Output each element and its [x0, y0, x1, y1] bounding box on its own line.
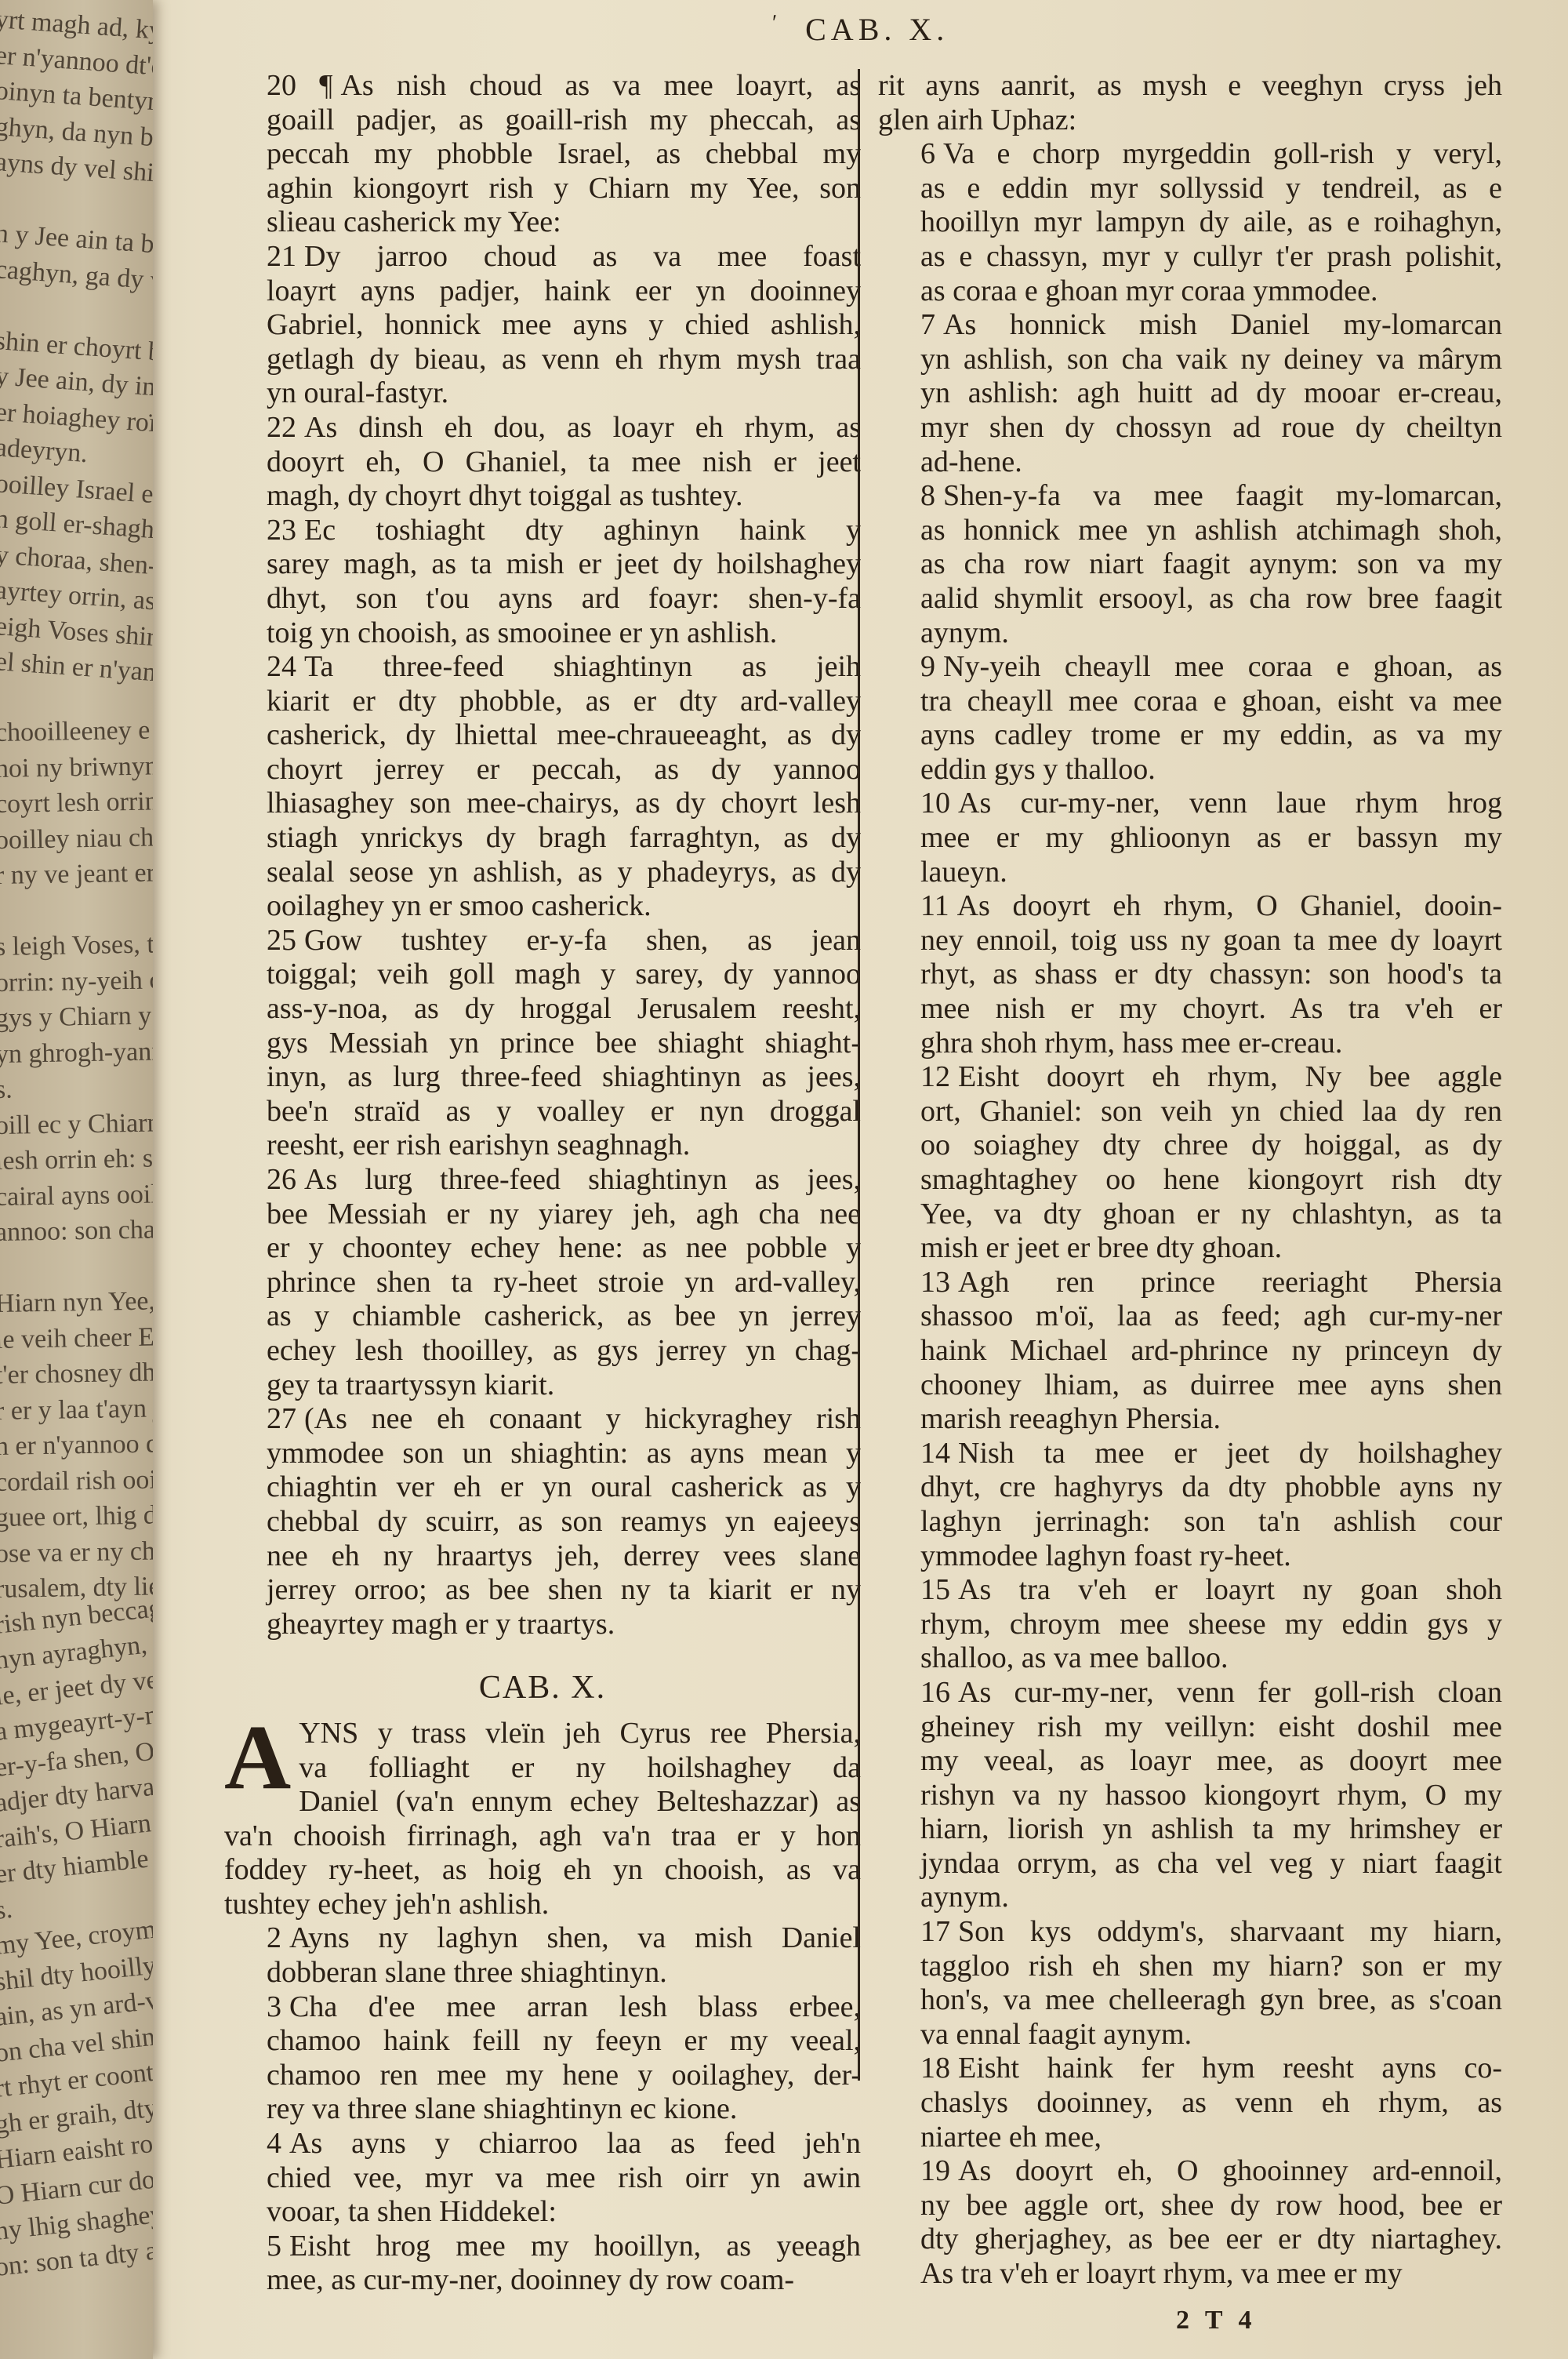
verse-number: 22 — [267, 411, 296, 444]
right-column: rit ayns aanrit, as mysh e veeghyn cryss… — [878, 69, 1502, 2292]
text-line: tra cheayll mee coraa e ghoan, eisht va … — [878, 685, 1502, 719]
verse: 4As ayns y chiarroo laa as feed jeh'nchi… — [224, 2127, 861, 2230]
facing-page-line: guee ort, lhig da dty — [0, 1499, 153, 1533]
line-text: gys Messiah yn prince bee shiaght shiagh… — [267, 1027, 861, 1060]
text-line: 18Eisht haink fer hym reesht ayns co- — [878, 2052, 1502, 2086]
verse-number: 10 — [920, 787, 950, 820]
line-text: shassoo m'oï, laa as feed; agh cur-my-ne… — [920, 1299, 1502, 1332]
line-text: dooyrt eh, O Ghaniel, ta mee nish er jee… — [267, 445, 861, 478]
line-text: slieau casherick my Yee: — [267, 205, 561, 238]
facing-page-line: ooilley niau cha row — [0, 822, 153, 856]
line-text: hooillyn myr lampyn dy aile, as e roihag… — [920, 205, 1502, 238]
line-text: aghin kiongoyrt rish y Chiarn my Yee, so… — [267, 172, 861, 205]
verse-number: 9 — [920, 650, 935, 683]
facing-page-line: coyrt lesh orrin ker- — [0, 786, 153, 820]
text-line: va'n chooish firrinagh, agh va'n traa er… — [224, 1819, 861, 1854]
facing-page-line: Hiarn nyn Yee, hug — [0, 1285, 153, 1319]
line-text: er y choontey echey hene: as nee pobble … — [267, 1231, 861, 1264]
text-line: 6Va e chorp myrgeddin goll-rish y veryl, — [878, 137, 1502, 172]
facing-page-line: er n'yannoo dt'oï. — [0, 41, 153, 83]
facing-page-line: chooilleeney e ghoan — [0, 714, 153, 748]
line-text: as cha row niart faagit aynym: son va my — [920, 547, 1502, 580]
line-text: sarey magh, as ta mish er jeet dy hoilsh… — [267, 547, 861, 580]
line-text: getlagh dy bieau, as venn eh rhym mysh t… — [267, 343, 861, 376]
line-text: Eisht haink fer hym reesht ayns co- — [958, 2052, 1502, 2085]
line-text: aynym. — [920, 616, 1009, 649]
verse-number: 24 — [267, 650, 296, 683]
line-text: Cha d'ee mee arran lesh blass erbee, — [289, 1990, 861, 2023]
text-line: chied vee, myr va mee rish oirr yn awin — [224, 2161, 861, 2196]
text-line: ayns cadley trome er my eddin, as va my — [878, 718, 1502, 753]
facing-page-edge: yrt magh ad, kyndagher n'yannoo dt'oï.oi… — [0, 0, 153, 2359]
line-text: chied vee, myr va mee rish oirr yn awin — [267, 2161, 861, 2194]
running-head-title: CAB. X. — [805, 12, 949, 47]
text-line: dty gherjaghey, as bee eer er dty niarta… — [878, 2223, 1502, 2257]
text-line: 5Eisht hrog mee my hooillyn, as yeeagh — [224, 2230, 861, 2264]
text-line: mee nish er my choyrt. As tra v'eh er — [878, 992, 1502, 1027]
text-line: hon's, va mee chelleeragh gyn bree, as s… — [878, 1983, 1502, 2018]
text-line: smaghtaghey oo hene kiongoyrt rish dty — [878, 1163, 1502, 1198]
facing-page-line: s leigh Voses, ta ooil- — [0, 929, 153, 962]
text-line: ad-hene. — [878, 445, 1502, 480]
text-line: lhiasaghey son mee-chairys, as dy choyrt… — [224, 787, 861, 821]
line-text: As tra v'eh er loayrt ny goan shoh — [958, 1573, 1502, 1606]
text-line: 27(As nee eh conaant y hickyraghey rish — [224, 1402, 861, 1437]
text-line: 3Cha d'ee mee arran lesh blass erbee, — [224, 1990, 861, 2025]
text-line: 25Gow tushtey er-y-fa shen, as jean — [224, 924, 861, 958]
text-line: inyn, as lurg three-feed shiaghtinyn as … — [224, 1060, 861, 1095]
facing-page-line: yn ghrogh-yannoo, as — [0, 1035, 153, 1069]
line-text: bee'n straïd as y voalley er nyn droggal — [267, 1095, 861, 1128]
verse-number: 13 — [920, 1266, 950, 1299]
facing-page-line: n er n'yannoo dy peccah — [0, 1427, 153, 1462]
facing-page-line: lesh orrin eh: son ta — [0, 1143, 153, 1176]
line-text: va folliaght er ny hoilshaghey da — [299, 1751, 861, 1784]
line-text: va'n chooish firrinagh, agh va'n traa er… — [224, 1819, 861, 1852]
line-text: marish reeaghyn Phersia. — [920, 1402, 1221, 1435]
line-text: ass-y-noa, as dy hroggal Jerusalem reesh… — [267, 992, 861, 1025]
running-head: ʹCAB. X. — [772, 11, 949, 48]
text-line: 21Dy jarroo choud as va mee foast — [224, 240, 861, 274]
text-line: aynym. — [878, 1881, 1502, 1915]
line-text: tushtey echey jeh'n ashlish. — [224, 1888, 549, 1921]
line-text: rhyt, as shass er dty chassyn: son hood'… — [920, 958, 1502, 990]
line-text: (As nee eh conaant y hickyraghey rish — [304, 1402, 861, 1435]
line-text: Dy jarroo choud as va mee foast — [304, 240, 861, 273]
text-line: ymmodee laghyn foast ry-heet. — [878, 1539, 1502, 1574]
signature-mark: 2 T 4 — [1176, 2306, 1256, 2335]
line-text: As nish choud as va mee loayrt, as — [340, 69, 861, 102]
text-line: jerrey orroo; as bee shen ny ta kiarit e… — [224, 1573, 861, 1608]
left-column: 20 ¶As nish choud as va mee loayrt, asgo… — [224, 69, 861, 2298]
text-line: chebbal dy scuirr, as son reamys yn eaje… — [224, 1505, 861, 1539]
text-line: 8Shen-y-fa va mee faagit my-lomarcan, — [878, 479, 1502, 514]
text-line: sarey magh, as ta mish er jeet dy hoilsh… — [224, 547, 861, 582]
line-text: sealal seose yn ashlish, as y phadeyrys,… — [267, 856, 861, 889]
text-line: magh, dy choyrt dhyt toiggal as tushtey. — [224, 479, 861, 514]
text-line: my veeal, as loayr mee, as dooyrt mee — [878, 1744, 1502, 1779]
verse: 26As lurg three-feed shiaghtinyn as jees… — [224, 1163, 861, 1402]
verse: 5Eisht hrog mee my hooillyn, as yeeaghme… — [224, 2230, 861, 2298]
text-line: as cha row niart faagit aynym: son va my — [878, 547, 1502, 582]
text-line: dooyrt eh, O Ghaniel, ta mee nish er jee… — [224, 445, 861, 480]
facing-page-line: annoo: son cha dug shin — [0, 1213, 153, 1248]
verse-number: 26 — [267, 1163, 296, 1196]
verse: 2Ayns ny laghyn shen, va mish Danieldobb… — [224, 1921, 861, 1990]
line-text: kiarit er dty phobble, as er dty ard-val… — [267, 685, 861, 718]
line-text: As tra v'eh er loayrt rhym, va mee er my — [920, 2257, 1403, 2290]
line-text: peccah my phobble Israel, as chebbal my — [267, 137, 861, 170]
line-text: ooilaghey yn er smoo casherick. — [267, 889, 652, 922]
text-line: mee er my ghlioonyn as er bassyn my — [878, 821, 1502, 856]
line-text: bee Messiah er ny yiarey jeh, agh cha ne… — [267, 1198, 861, 1230]
text-line: slieau casherick my Yee: — [224, 205, 861, 240]
text-line: shassoo m'oï, laa as feed; agh cur-my-ne… — [878, 1299, 1502, 1334]
line-text: As cur-my-ner, venn laue rhym hrog — [958, 787, 1502, 820]
line-text: stiagh ynrickys dy bragh farraghtyn, as … — [267, 821, 861, 854]
line-text: mish er jeet er bree dty ghoan. — [920, 1231, 1282, 1264]
running-head-mark: ʹ — [772, 11, 782, 35]
line-text: As lurg three-feed shiaghtinyn as jees, — [304, 1163, 861, 1196]
text-line: hooillyn myr lampyn dy aile, as e roihag… — [878, 205, 1502, 240]
facing-page-line: r er y laa t'ayn jiu: ta — [0, 1393, 153, 1427]
line-text: dhyt, son t'ou ayns ard foayr: shen-y-fa — [267, 582, 861, 615]
verse: 10As cur-my-ner, venn laue rhym hrogmee … — [878, 787, 1502, 889]
text-line: 11As dooyrt eh rhym, O Ghaniel, dooin- — [878, 889, 1502, 924]
text-line: yn oural-fastyr. — [224, 376, 861, 411]
verse: 21Dy jarroo choud as va mee foastloayrt … — [224, 240, 861, 411]
verse: 11As dooyrt eh rhym, O Ghaniel, dooin-ne… — [878, 889, 1502, 1060]
line-text: gheayrtey magh er y traartys. — [267, 1608, 615, 1641]
text-line: ort, Ghaniel: son veih yn chied laa dy r… — [878, 1095, 1502, 1129]
text-line: ney ennoil, toig uss ny goan ta mee dy l… — [878, 924, 1502, 958]
text-line: haink Michael ard-phrince ny princeyn dy — [878, 1334, 1502, 1369]
text-line: hiarn, liorish yn ashlish ta my hrimshey… — [878, 1812, 1502, 1847]
verse: 23Ec toshiaght dty aghinyn haink ysarey … — [224, 514, 861, 650]
line-text: Agh ren prince reeriaght Phersia — [958, 1266, 1502, 1299]
text-line: as e eddin myr sollyssid y tendreil, as … — [878, 172, 1502, 206]
text-line: loayrt ayns padjer, haink eer yn dooinne… — [224, 274, 861, 309]
text-line: 20 ¶As nish choud as va mee loayrt, as — [224, 69, 861, 104]
text-line: er y choontey echey hene: as nee pobble … — [224, 1231, 861, 1266]
line-text: va ennal faagit aynym. — [920, 2018, 1192, 2051]
line-text: aalid shymlit ersooyl, as cha row bree f… — [920, 582, 1502, 615]
text-line: jyndaa orrym, as cha vel veg y niart faa… — [878, 1847, 1502, 1881]
text-line: chooney lhiam, as duirree mee ayns shen — [878, 1369, 1502, 1403]
line-text: niartee eh mee, — [920, 2121, 1102, 2154]
line-text: yn ashlish, son cha vaik ny deiney va mâ… — [920, 343, 1502, 376]
verse-number: 11 — [920, 889, 949, 922]
text-line: 9Ny-yeih cheayll mee coraa e ghoan, as — [878, 650, 1502, 685]
line-text: loayrt ayns padjer, haink eer yn dooinne… — [267, 274, 861, 307]
line-text: glen airh Uphaz: — [878, 104, 1076, 136]
line-text: mee nish er my choyrt. As tra v'eh er — [920, 992, 1502, 1025]
text-line: 12Eisht dooyrt eh rhym, Ny bee aggle — [878, 1060, 1502, 1095]
text-line: 22As dinsh eh dou, as loayr eh rhym, as — [224, 411, 861, 445]
line-text: as honnick mee yn ashlish atchimagh shoh… — [920, 514, 1502, 547]
line-text: vooar, ta shen Hiddekel: — [267, 2195, 557, 2228]
text-line: 16As cur-my-ner, venn fer goll-rish cloa… — [878, 1676, 1502, 1710]
text-line: 4As ayns y chiarroo laa as feed jeh'n — [224, 2127, 861, 2161]
line-text: Ta three-feed shiaghtinyn as jeih — [304, 650, 861, 683]
verse-number: 5 — [267, 2230, 281, 2263]
line-text: As dinsh eh dou, as loayr eh rhym, as — [304, 411, 861, 444]
line-text: ghra shoh rhym, hass mee er-creau. — [920, 1027, 1342, 1060]
text-line: foddey ry-heet, as hoig eh yn chooish, a… — [224, 1853, 861, 1888]
line-text: laueyn. — [920, 856, 1007, 889]
facing-page-line: le veih cheer Egypt, — [0, 1321, 153, 1355]
text-line: mee, as cur-my-ner, dooinney dy row coam… — [224, 2263, 861, 2298]
line-text: taggloo rish eh shen my hiarn? son er my — [920, 1950, 1502, 1983]
column-divider — [858, 69, 860, 2081]
line-text: casherick, dy lhiettal mee-chraueeaght, … — [267, 718, 861, 751]
line-text: nee eh ny hraartys jeh, derrey vees slan… — [267, 1539, 861, 1572]
text-line: chaslys dooinney, as venn eh rhym, as — [878, 2086, 1502, 2121]
line-text: Nish ta mee er jeet dy hoilshaghey — [958, 1437, 1502, 1470]
verse-number: 21 — [267, 240, 296, 273]
line-text: smaghtaghey oo hene kiongoyrt rish dty — [920, 1163, 1502, 1196]
line-text: mee er my ghlioonyn as er bassyn my — [920, 821, 1502, 854]
verse-number: 18 — [920, 2052, 950, 2085]
facing-page-line: oill ec y Chiarn gys — [0, 1107, 153, 1141]
verse: 15As tra v'eh er loayrt ny goan shohrhym… — [878, 1573, 1502, 1676]
verse: 6Va e chorp myrgeddin goll-rish y veryl,… — [878, 137, 1502, 308]
text-line: Yee, va dty ghoan er ny chlashtyn, as ta — [878, 1198, 1502, 1232]
facing-page-line: orrin: ny-yeih cha — [0, 965, 153, 998]
line-text: Gow tushtey er-y-fa shen, as jean — [304, 924, 861, 957]
text-line: rit ayns aanrit, as mysh e veeghyn cryss… — [878, 69, 1502, 104]
text-line: goaill padjer, as goaill-rish my pheccah… — [224, 104, 861, 138]
line-text: ymmodee son un shiaghtin: as ayns mean y — [267, 1437, 861, 1470]
verse: 22As dinsh eh dou, as loayr eh rhym, asd… — [224, 411, 861, 514]
line-text: as coraa e ghoan myr coraa ymmodee. — [920, 274, 1377, 307]
text-line: 2Ayns ny laghyn shen, va mish Daniel — [224, 1921, 861, 1956]
line-text: Gabriel, honnick mee ayns y chied ashlis… — [267, 308, 861, 341]
line-text: yn ashlish: agh huitt ad dy mooar er-cre… — [920, 376, 1502, 409]
verse-number: 2 — [267, 1921, 281, 1954]
text-line: laueyn. — [878, 856, 1502, 890]
text-line: gheayrtey magh er y traartys. — [224, 1608, 861, 1642]
text-line: As tra v'eh er loayrt rhym, va mee er my — [878, 2257, 1502, 2292]
verse-number: 14 — [920, 1437, 950, 1470]
line-text: ny bee aggle ort, shee dy row hood, bee … — [920, 2189, 1502, 2222]
line-text: as e chassyn, myr y cullyr t'er prash po… — [920, 240, 1502, 273]
line-text: lhiasaghey son mee-chairys, as dy choyrt… — [267, 787, 861, 820]
line-text: dobberan slane three shiaghtinyn. — [267, 1956, 667, 1989]
line-text: As honnick mish Daniel my-lomarcan — [943, 308, 1502, 341]
text-line: Daniel (va'n ennym echey Belteshazzar) a… — [224, 1785, 861, 1819]
verse-number: 3 — [267, 1990, 281, 2023]
verse: 13Agh ren prince reeriaght Phersiashasso… — [878, 1266, 1502, 1437]
facing-page-line: adeyryn. — [0, 433, 89, 469]
text-line: tushtey echey jeh'n ashlish. — [224, 1888, 861, 1922]
line-text: Eisht dooyrt eh rhym, Ny bee aggle — [958, 1060, 1502, 1093]
facing-page-line: s. — [0, 1894, 14, 1925]
verse-number: 25 — [267, 924, 296, 957]
text-line: dobberan slane three shiaghtinyn. — [224, 1956, 861, 1990]
line-text: Eisht hrog mee my hooillyn, as yeeagh — [289, 2230, 861, 2263]
verse-number: 23 — [267, 514, 296, 547]
text-line: mish er jeet er bree dty ghoan. — [878, 1231, 1502, 1266]
line-text: ney ennoil, toig uss ny goan ta mee dy l… — [920, 924, 1502, 957]
line-text: rhym, chroym mee sheese my eddin gys y — [920, 1608, 1502, 1641]
line-text: Son kys oddym's, sharvaant my hiarn, — [958, 1915, 1502, 1948]
verse-number: 20 ¶ — [267, 69, 332, 102]
verse-number: 16 — [920, 1676, 950, 1709]
text-line: rhym, chroym mee sheese my eddin gys y — [878, 1608, 1502, 1642]
line-text: As dooyrt eh, O ghooinney ard-ennoil, — [958, 2154, 1502, 2187]
text-line: rey va three slane shiaghtinyn ec kione. — [224, 2092, 861, 2127]
line-text: chaslys dooinney, as venn eh rhym, as — [920, 2086, 1502, 2119]
line-text: rey va three slane shiaghtinyn ec kione. — [267, 2092, 737, 2125]
line-text: magh, dy choyrt dhyt toiggal as tushtey. — [267, 479, 743, 512]
facing-page-line: noi ny briwnyn va dy — [0, 750, 153, 783]
line-text: mee, as cur-my-ner, dooinney dy row coam… — [267, 2263, 794, 2296]
text-line: gheiney rish my veillyn: eisht doshil me… — [878, 1710, 1502, 1745]
facing-page-line: s. — [0, 1075, 13, 1105]
text-line: bee Messiah er ny yiarey jeh, agh cha ne… — [224, 1198, 861, 1232]
text-line: gey ta traartyssyn kiarit. — [224, 1369, 861, 1403]
verse: 25Gow tushtey er-y-fa shen, as jeantoigg… — [224, 924, 861, 1163]
text-line: as e chassyn, myr y cullyr t'er prash po… — [878, 240, 1502, 274]
line-text: yn oural-fastyr. — [267, 376, 448, 409]
text-line: laghyn jerrinagh: son ta'n ashlish cour — [878, 1505, 1502, 1539]
text-line: chiaghtin ver eh er yn oural casherick a… — [224, 1470, 861, 1505]
line-text: dhyt, cre haghyrys da dty phobble ayns n… — [920, 1470, 1502, 1503]
verse: 18Eisht haink fer hym reesht ayns co-cha… — [878, 2052, 1502, 2154]
text-line: 15As tra v'eh er loayrt ny goan shoh — [878, 1573, 1502, 1608]
verse-number: 4 — [267, 2127, 281, 2160]
drop-cap: A — [224, 1721, 291, 1794]
verse: 17Son kys oddym's, sharvaant my hiarn,ta… — [878, 1915, 1502, 2052]
verse: 8Shen-y-fa va mee faagit my-lomarcan,as … — [878, 479, 1502, 650]
line-text: toiggal; veih goll magh y sarey, dy yann… — [267, 958, 861, 990]
verse-number: 7 — [920, 308, 935, 341]
text-line: peccah my phobble Israel, as chebbal my — [224, 137, 861, 172]
text-line: as y chiamble casherick, as bee yn jerre… — [224, 1299, 861, 1334]
text-line: choyrt jerrey er peccah, as dy yannoo — [224, 753, 861, 787]
text-line: phrince shen ta ry-heet stroie yn ard-va… — [224, 1266, 861, 1300]
text-line: ghra shoh rhym, hass mee er-creau. — [878, 1027, 1502, 1061]
verse-number: 19 — [920, 2154, 950, 2187]
text-line: rishyn va ny hassoo kiongoyrt rhym, O my — [878, 1779, 1502, 1813]
text-line: 23Ec toshiaght dty aghinyn haink y — [224, 514, 861, 548]
text-line: toiggal; veih goll magh y sarey, dy yann… — [224, 958, 861, 992]
text-line: sealal seose yn ashlish, as y phadeyrys,… — [224, 856, 861, 890]
book-page: yrt magh ad, kyndagher n'yannoo dt'oï.oi… — [0, 0, 1568, 2359]
line-text: chooney lhiam, as duirree mee ayns shen — [920, 1369, 1502, 1401]
verse-number: 17 — [920, 1915, 950, 1948]
line-text: YNS y trass vleïn jeh Cyrus ree Phersia, — [299, 1717, 861, 1750]
text-line: ny bee aggle ort, shee dy row hood, bee … — [878, 2189, 1502, 2223]
text-line: glen airh Uphaz: — [878, 104, 1502, 138]
line-text: gheiney rish my veillyn: eisht doshil me… — [920, 1710, 1502, 1743]
text-line: ymmodee son un shiaghtin: as ayns mean y — [224, 1437, 861, 1471]
text-line: shalloo, as va mee balloo. — [878, 1641, 1502, 1676]
line-text: eddin gys y thalloo. — [920, 753, 1156, 786]
line-text: chiaghtin ver eh er yn oural casherick a… — [267, 1470, 861, 1503]
line-text: choyrt jerrey er peccah, as dy yannoo — [267, 753, 861, 786]
text-line: echey lesh thooilley, as gys jerrey yn c… — [224, 1334, 861, 1369]
text-line: Gabriel, honnick mee ayns y chied ashlis… — [224, 308, 861, 343]
text-line: 24Ta three-feed shiaghtinyn as jeih — [224, 650, 861, 685]
text-line: ooilaghey yn er smoo casherick. — [224, 889, 861, 924]
line-text: jerrey orroo; as bee shen ny ta kiarit e… — [267, 1573, 861, 1606]
line-text: inyn, as lurg three-feed shiaghtinyn as … — [267, 1060, 861, 1093]
text-line: va folliaght er ny hoilshaghey da — [224, 1751, 861, 1786]
verse: 20 ¶As nish choud as va mee loayrt, asgo… — [224, 69, 861, 240]
verse: 24Ta three-feed shiaghtinyn as jeihkiari… — [224, 650, 861, 924]
facing-page-line: ayns dy vel shin er n'y — [0, 147, 153, 194]
line-text: Daniel (va'n ennym echey Belteshazzar) a… — [299, 1785, 861, 1818]
text-line: taggloo rish eh shen my hiarn? son er my — [878, 1950, 1502, 1984]
line-text: Ny-yeih cheayll mee coraa e ghoan, as — [943, 650, 1502, 683]
facing-page-line: gys y Chiarn y Jee — [0, 1001, 153, 1034]
text-line: 26As lurg three-feed shiaghtinyn as jees… — [224, 1163, 861, 1198]
line-text: As dooyrt eh rhym, O Ghaniel, dooin- — [957, 889, 1502, 922]
line-text: as e eddin myr sollyssid y tendreil, as … — [920, 172, 1502, 205]
line-text: Va e chorp myrgeddin goll-rish y veryl, — [943, 137, 1502, 170]
verse: rit ayns aanrit, as mysh e veeghyn cryss… — [878, 69, 1502, 137]
text-line: bee'n straïd as y voalley er nyn droggal — [224, 1095, 861, 1129]
verse-number: 12 — [920, 1060, 950, 1093]
line-text: Shen-y-fa va mee faagit my-lomarcan, — [943, 479, 1502, 512]
text-line: getlagh dy bieau, as venn eh rhym mysh t… — [224, 343, 861, 377]
line-text: phrince shen ta ry-heet stroie yn ard-va… — [267, 1266, 861, 1299]
text-line: toig yn chooish, as smooinee er yn ashli… — [224, 616, 861, 651]
verse: 19As dooyrt eh, O ghooinney ard-ennoil,n… — [878, 2154, 1502, 2291]
text-line: 13Agh ren prince reeriaght Phersia — [878, 1266, 1502, 1300]
verse-number: 6 — [920, 137, 935, 170]
text-line: myr shen dy chossyn ad roue dy cheiltyn — [878, 411, 1502, 445]
line-text: Ec toshiaght dty aghinyn haink y — [304, 514, 861, 547]
line-text: hon's, va mee chelleeragh gyn bree, as s… — [920, 1983, 1502, 2016]
line-text: ayns cadley trome er my eddin, as va my — [920, 718, 1502, 751]
line-text: echey lesh thooilley, as gys jerrey yn c… — [267, 1334, 861, 1367]
text-line: 19As dooyrt eh, O ghooinney ard-ennoil, — [878, 2154, 1502, 2189]
facing-page-line: t'er chosney dhyt hene — [0, 1357, 153, 1390]
text-line: aynym. — [878, 616, 1502, 651]
verse: 16As cur-my-ner, venn fer goll-rish cloa… — [878, 1676, 1502, 1915]
facing-page-line: r ny ve jeant er Jeru- — [0, 857, 153, 891]
text-line: aalid shymlit ersooyl, as cha row bree f… — [878, 582, 1502, 616]
text-line: gys Messiah yn prince bee shiaght shiagh… — [224, 1027, 861, 1061]
text-line: yn ashlish, son cha vaik ny deiney va mâ… — [878, 343, 1502, 377]
text-line: 14Nish ta mee er jeet dy hoilshaghey — [878, 1437, 1502, 1471]
text-line: 7As honnick mish Daniel my-lomarcan — [878, 308, 1502, 343]
text-line: eddin gys y thalloo. — [878, 753, 1502, 787]
line-text: ad-hene. — [920, 445, 1022, 478]
text-line: rhyt, as shass er dty chassyn: son hood'… — [878, 958, 1502, 992]
text-line: stiagh ynrickys dy bragh farraghtyn, as … — [224, 821, 861, 856]
text-line: marish reeaghyn Phersia. — [878, 1402, 1502, 1437]
line-text: hiarn, liorish yn ashlish ta my hrimshey… — [920, 1812, 1502, 1845]
text-line: 10As cur-my-ner, venn laue rhym hrog — [878, 787, 1502, 821]
line-text: toig yn chooish, as smooinee er yn ashli… — [267, 616, 777, 649]
verse-number: 8 — [920, 479, 935, 512]
line-text: foddey ry-heet, as hoig eh yn chooish, a… — [224, 1853, 861, 1886]
text-line: aghin kiongoyrt rish y Chiarn my Yee, so… — [224, 172, 861, 206]
line-text: as y chiamble casherick, as bee yn jerre… — [267, 1299, 861, 1332]
text-line: 17Son kys oddym's, sharvaant my hiarn, — [878, 1915, 1502, 1950]
verse: 7As honnick mish Daniel my-lomarcanyn as… — [878, 308, 1502, 479]
line-text: dty gherjaghey, as bee eer er dty niarta… — [920, 2223, 1502, 2255]
line-text: reesht, eer rish earishyn seaghnagh. — [267, 1129, 690, 1161]
facing-page-line: my Yee, croym dty chleaysh — [0, 1900, 153, 1961]
text-line: dhyt, cre haghyrys da dty phobble ayns n… — [878, 1470, 1502, 1505]
line-text: ort, Ghaniel: son veih yn chied laa dy r… — [920, 1095, 1502, 1128]
line-text: ymmodee laghyn foast ry-heet. — [920, 1539, 1291, 1572]
